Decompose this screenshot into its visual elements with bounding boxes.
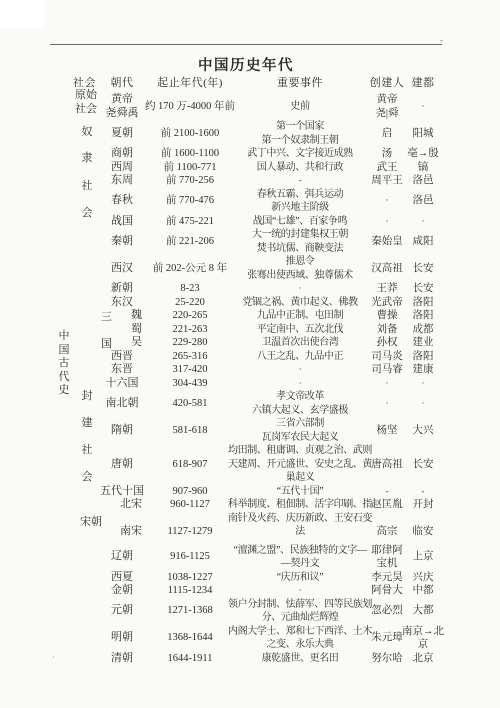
cell-line: 长安: [413, 282, 434, 296]
events-cell: 卫温首次出使台湾: [232, 336, 368, 350]
dynasty-line: 北宋: [120, 498, 142, 512]
society-label-line: 社会: [73, 103, 99, 117]
history-table: 社会 朝代 起止年代(年) 重要事件 创建人 建都 黄帝尧舜禹约 170 万-4…: [50, 76, 440, 665]
cell-line: 咸阳: [413, 235, 434, 249]
table-row: 南北朝420-581孝文帝改革六镇大起义、玄学盛极··: [50, 390, 440, 417]
cell-line: 武丁中兴、文字接近成熟: [247, 147, 353, 161]
dynasty-line: 蜀: [131, 323, 142, 337]
table-row: 西夏1038-1227“庆历和议”李元昊兴庆: [50, 571, 440, 585]
events-cell: 平定南中、五次北伐: [232, 323, 368, 337]
years-cell: 25-220: [148, 296, 232, 310]
cell-line: 亳→殷: [407, 147, 439, 161]
cell-line: ·: [422, 100, 425, 114]
capital-cell: 洛阳: [406, 350, 440, 364]
founder-cell: ·: [368, 377, 406, 391]
dynasty-cell: 黄帝尧舜禹: [96, 93, 148, 120]
events-cell: 第一个国家第一个奴隶制王朝: [232, 120, 368, 147]
capital-cell: 长安: [406, 458, 440, 472]
cell-line: 1271-1368: [167, 604, 213, 618]
cell-line: 镐: [418, 161, 429, 175]
years-cell: 前 221-206: [148, 235, 232, 249]
years-cell: 前 2100-1600: [148, 127, 232, 141]
feudal-society-label-char: 社: [80, 444, 94, 457]
cell-line: 洛邑: [413, 174, 434, 188]
cell-line: ·: [299, 282, 302, 296]
cell-line: 杨坚: [377, 424, 398, 438]
cell-line: 大都: [413, 604, 434, 618]
cell-line: 汉高祖: [371, 262, 403, 276]
scan-light-patch: [0, 0, 44, 28]
capital-cell: 兴庆: [406, 571, 440, 585]
dynasty-name: 新朝: [111, 282, 133, 296]
dynasty-line: 金朝: [111, 584, 133, 598]
years-cell: 前 1600-1100: [148, 147, 232, 161]
dynasty-name: 隋朝: [111, 424, 133, 438]
founder-cell: 司马炎: [368, 350, 406, 364]
capital-cell: 长安: [406, 282, 440, 296]
col-header-founder: 创建人: [370, 76, 405, 91]
dynasty-line: 魏: [131, 309, 142, 323]
table-row: 三魏220-265九品中正制、屯田制曹操洛阳: [50, 309, 440, 323]
founder-cell: 阿骨大: [368, 584, 406, 598]
founder-cell: 耶律阿宝机: [368, 544, 406, 571]
cell-line: 秦始皇: [371, 235, 403, 249]
capital-cell: 洛邑: [406, 174, 440, 188]
founder-cell: 司马睿: [368, 363, 406, 377]
dynasty-cell: 明朝: [96, 631, 148, 645]
cell-line: ·: [299, 377, 302, 391]
cell-line: —契丹文: [281, 557, 319, 571]
dynasty-line: 新朝: [111, 282, 133, 296]
cell-line: 科举制度、租佃制、活字印刷、指: [228, 498, 372, 512]
dynasty-name: 西汉: [111, 262, 133, 276]
table-row: 辽朝916-1125“澶渊之盟”、民族独特的文字——契丹文耶律阿宝机上京: [50, 544, 440, 571]
cell-line: 国人暴动、共和行政: [257, 161, 343, 175]
years-cell: 317-420: [148, 363, 232, 377]
cell-line: 25-220: [175, 296, 205, 310]
cell-line: 221-263: [173, 323, 208, 337]
capital-cell: 大都: [406, 604, 440, 618]
events-cell: 八王之乱、九品中正: [232, 350, 368, 364]
cell-line: 领户分封制、怯薛军、四等民族划: [228, 598, 372, 612]
founder-cell: 忽必烈: [368, 604, 406, 618]
top-rule: [50, 44, 442, 45]
dynasty-cell: 南北朝: [96, 397, 148, 411]
years-cell: 前 475-221: [148, 215, 232, 229]
table-row: 明朝1368-1644内阁大学士、郑和七下西洋、土木之变、永乐大典朱元璋南京→北…: [50, 625, 440, 652]
events-cell: 史前: [232, 100, 368, 114]
years-cell: 221-263: [148, 323, 232, 337]
years-cell: 8-23: [148, 282, 232, 296]
founder-cell: 武王: [368, 161, 406, 175]
dynasty-name: 金朝: [111, 584, 133, 598]
dynasty-line: 西晋: [111, 350, 133, 364]
capital-cell: 成都: [406, 323, 440, 337]
dynasty-cell: 东周: [96, 174, 148, 188]
scan-artifact-mark: -: [440, 35, 443, 45]
cell-line: 229-280: [173, 336, 208, 350]
events-cell: 康乾盛世、更名田: [232, 652, 368, 666]
cell-line: 黄帝: [377, 93, 398, 107]
cell-line: 上京: [413, 550, 434, 564]
cell-line: “庆历和议”: [277, 571, 323, 585]
dynasty-cell: 新朝: [96, 282, 148, 296]
cell-line: 战国“七雄”、百家争鸣: [253, 215, 347, 229]
dynasty-line: 吴: [131, 336, 142, 350]
dynasty-cell: 商朝: [96, 147, 148, 161]
table-row: 十六国304-439···: [50, 377, 440, 391]
cell-line: 前 1600-1100: [161, 147, 219, 161]
dynasty-name: 商朝: [111, 147, 133, 161]
cell-line: ·: [422, 215, 425, 229]
founder-cell: 杨坚: [368, 424, 406, 438]
cell-line: 巢起义: [286, 471, 315, 485]
capital-cell: ·: [406, 377, 440, 391]
capital-cell: ·: [406, 100, 440, 114]
cell-line: ·: [299, 363, 302, 377]
table-rows: 黄帝尧舜禹约 170 万-4000 年前史前黄帝尧|舜·夏朝前 2100-160…: [50, 93, 440, 665]
dynasty-name: 辽朝: [111, 550, 133, 564]
founder-cell: 黄帝尧|舜: [368, 93, 406, 120]
founder-cell: -: [368, 485, 406, 499]
cell-line: 长安: [413, 458, 434, 472]
founder-cell: 朱元璋: [368, 631, 406, 645]
col-header-years: 起止年代(年): [157, 76, 223, 91]
cell-line: 分、元曲灿烂辉煌: [262, 611, 339, 625]
society-label-line: 原始: [73, 89, 99, 103]
dynasty-cell: 金朝: [96, 584, 148, 598]
founder-cell: 秦始皇: [368, 235, 406, 249]
capital-cell: 洛阳: [406, 309, 440, 323]
dynasty-cell: 宋朝北宋南宋: [96, 498, 148, 539]
cell-line: 康乾盛世、更名田: [262, 652, 339, 666]
cell-line: 兴庆: [413, 571, 434, 585]
founder-cell: 王莽: [368, 282, 406, 296]
dynasty-cell: 西周: [96, 161, 148, 175]
cell-line: ·: [386, 377, 389, 391]
dynasty-line: 战国: [111, 215, 133, 229]
cell-line: “澶渊之盟”、民族独特的文字—: [234, 544, 367, 558]
dynasty-cell: 春秋: [96, 194, 148, 208]
events-cell: 国人暴动、共和行政: [232, 161, 368, 175]
dynasty-line: 东汉: [111, 296, 133, 310]
cell-line: 1368-1644: [167, 631, 213, 645]
cell-line: 法: [295, 525, 305, 539]
dynasty-name: 蜀: [131, 323, 142, 337]
dynasty-name: 吴: [131, 336, 142, 350]
founder-cell: 唐高祖: [368, 458, 406, 472]
founder-cell: 周平王: [368, 174, 406, 188]
dynasty-cell: 隋朝: [96, 424, 148, 438]
dynasty-cell: 辽朝: [96, 550, 148, 564]
cell-line: ·: [422, 397, 425, 411]
dynasty-cell: 三魏: [96, 309, 148, 323]
cell-line: 南京→北: [402, 625, 444, 639]
cell-line: 洛阳: [413, 350, 434, 364]
cell-line: 八王之乱、九品中正: [257, 350, 343, 364]
dynasty-line: 十六国: [106, 377, 139, 391]
cell-line: 1038-1227: [167, 571, 213, 585]
table-row: 西周前 1100-771国人暴动、共和行政武王镐: [50, 161, 440, 175]
founder-cell: 赵匡胤高宗: [368, 498, 406, 539]
cell-line: 916-1125: [170, 550, 210, 564]
dynasty-name: 清朝: [111, 652, 133, 666]
dynasty-line: 明朝: [111, 631, 133, 645]
cell-line: 前 475-221: [166, 215, 214, 229]
dynasty-name: 西周: [111, 161, 133, 175]
cell-line: 开封: [413, 498, 434, 512]
table-row: 国吴229-280卫温首次出使台湾孙权建业: [50, 336, 440, 350]
events-cell: 均田制、租庸调、贞观之治、武则天建周、开元盛世、安史之乱、黄巢起义: [232, 444, 368, 485]
capital-cell: 上京: [406, 550, 440, 564]
col-header-events: 重要事件: [277, 76, 323, 91]
cell-line: 前 221-206: [166, 235, 214, 249]
cell-line: 孝文帝改革: [276, 390, 324, 404]
cell-line: 220-265: [173, 309, 208, 323]
events-cell: ·: [232, 584, 368, 598]
table-row: 东周前 770-256-周平王洛邑: [50, 174, 440, 188]
founder-cell: 曹操: [368, 309, 406, 323]
dynasty-line: 尧舜禹: [106, 107, 139, 121]
table-row: 夏朝前 2100-1600第一个国家第一个奴隶制王朝启阳城: [50, 120, 440, 147]
founder-cell: 启: [368, 127, 406, 141]
years-cell: 1368-1644: [148, 631, 232, 645]
cell-line: 第一个奴隶制王朝: [262, 134, 339, 148]
table-row: 东晋317-420·司马睿建康: [50, 363, 440, 377]
dynasty-name: 五代十国: [100, 485, 144, 499]
cell-line: 九品中正制、屯田制: [257, 309, 343, 323]
founder-cell: 刘备: [368, 323, 406, 337]
dynasty-name: 春秋: [111, 194, 133, 208]
dynasty-name: 夏朝: [111, 127, 133, 141]
dynasty-line: 西周: [111, 161, 133, 175]
years-cell: 907-960: [148, 485, 232, 499]
table-row: 西汉前 202-公元 8 年推恩令张骞出使西域、独尊儒术汉高祖长安: [50, 255, 440, 282]
founder-cell: ·: [368, 215, 406, 229]
dynasty-cell: 国吴: [96, 336, 148, 350]
cell-line: 瓦岗军农民大起义: [262, 431, 339, 445]
dynasty-line: 辽朝: [111, 550, 133, 564]
cell-line: 大兴: [413, 424, 434, 438]
dynasty-cell: 西晋: [96, 350, 148, 364]
era-label-char: 史: [57, 384, 71, 397]
dynasty-line: 南北朝: [106, 397, 139, 411]
cell-line: 前 770-476: [166, 194, 214, 208]
years-cell: 前 202-公元 8 年: [148, 262, 232, 276]
cell-line: 临安: [413, 525, 434, 539]
cell-line: 赵匡胤: [371, 498, 403, 512]
dynasty-cell: 西汉: [96, 262, 148, 276]
dynasty-group-label: 三: [101, 308, 112, 324]
cell-line: ·: [422, 377, 425, 391]
years-cell: 229-280: [148, 336, 232, 350]
feudal-society-label-char: 会: [80, 471, 94, 484]
dynasty-name: 战国: [111, 215, 133, 229]
dynasty-cell: 五代十国: [96, 485, 148, 499]
cell-line: 前 2100-1600: [161, 127, 220, 141]
cell-line: 前 202-公元 8 年: [153, 262, 227, 276]
cell-line: 张骞出使西域、独尊儒术: [247, 269, 353, 283]
years-cell: 916-1125: [148, 550, 232, 564]
cell-line: 第一个国家: [276, 120, 324, 134]
cell-line: 武王: [377, 161, 398, 175]
page-title: 中国历史年代: [50, 54, 442, 75]
dynasty-cell: 唐朝: [96, 458, 148, 472]
founder-cell: 汤: [368, 147, 406, 161]
feudal-society-label-char: 封: [80, 390, 94, 403]
era-label-char: 国: [57, 344, 71, 357]
cell-line: 420-581: [173, 397, 208, 411]
cell-line: 推恩令: [286, 255, 315, 269]
dynasty-line: 隋朝: [111, 424, 133, 438]
founder-cell: 李元昊: [368, 571, 406, 585]
dynasty-name: 西夏: [111, 571, 133, 585]
years-cell: 前 770-256: [148, 174, 232, 188]
cell-line: 新兴地主阶级: [271, 201, 329, 215]
years-cell: 265-316: [148, 350, 232, 364]
cell-line: 内阁大学士、郑和七下西洋、土木: [228, 625, 372, 639]
table-row: 春秋前 770-476春秋五霸、弭兵运动新兴地主阶级·洛邑: [50, 188, 440, 215]
cell-line: 洛阳: [413, 296, 434, 310]
dynasty-line: 清朝: [111, 652, 133, 666]
table-header: 社会 朝代 起止年代(年) 重要事件 创建人 建都: [50, 76, 440, 91]
dynasty-name: 东周: [111, 174, 133, 188]
dynasty-cell: 清朝: [96, 652, 148, 666]
cell-line: 尧|舜: [375, 107, 398, 121]
dynasty-line: 黄帝: [111, 93, 133, 107]
dynasty-line: 西夏: [111, 571, 133, 585]
dynasty-line: 秦朝: [111, 235, 133, 249]
dynasty-line: 东晋: [111, 363, 133, 377]
capital-cell: 咸阳: [406, 235, 440, 249]
dynasty-cell: 元朝: [96, 604, 148, 618]
cell-line: 司马炎: [371, 350, 403, 364]
cell-line: 平定南中、五次北伐: [257, 323, 343, 337]
dynasty-name: 元朝: [111, 604, 133, 618]
table-row: 商朝前 1600-1100武丁中兴、文字接近成熟汤亳→殷: [50, 147, 440, 161]
cell-line: 洛阳: [413, 309, 434, 323]
cell-line: 阳城: [413, 127, 434, 141]
dynasty-line: 唐朝: [111, 458, 133, 472]
feudal-society-label-char: 建: [80, 417, 94, 430]
capital-cell: 阳城: [406, 127, 440, 141]
dynasty-name: 黄帝尧舜禹: [106, 93, 139, 120]
cell-line: 均田制、租庸调、贞观之治、武则: [228, 444, 372, 458]
table-row: 西晋265-316八王之乱、九品中正司马炎洛阳: [50, 350, 440, 364]
cell-line: 三省六部制: [276, 417, 324, 431]
capital-cell: 大兴: [406, 424, 440, 438]
cell-line: ·: [386, 215, 389, 229]
col-header-dynasty: 朝代: [111, 76, 134, 91]
cell-line: 启: [382, 127, 393, 141]
capital-cell: 洛阳: [406, 296, 440, 310]
events-cell: “庆历和议”: [232, 571, 368, 585]
table-row: 金朝1115-1234·阿骨大中都: [50, 584, 440, 598]
capital-cell: 长安: [406, 262, 440, 276]
era-label-char: 中: [57, 330, 71, 343]
events-cell: 党锢之祸、黄巾起义、佛教: [232, 296, 368, 310]
slave-society-label-char: 社: [80, 180, 94, 193]
dynasty-name: 魏: [131, 309, 142, 323]
document-page: - · 中国历史年代 社会 朝代 起止年代(年) 重要事件 创建人 建都 黄帝尧…: [0, 0, 500, 708]
capital-cell: 镐: [406, 161, 440, 175]
years-cell: 220-265: [148, 309, 232, 323]
years-cell: 前 1100-771: [148, 161, 232, 175]
dynasty-cell: 夏朝: [96, 127, 148, 141]
cell-line: 大一统的封建集权王朝: [252, 228, 348, 242]
dynasty-name: 十六国: [106, 377, 139, 391]
dynasty-group-label: 国: [101, 335, 112, 351]
dynasty-name: 唐朝: [111, 458, 133, 472]
dynasty-line: 西汉: [111, 262, 133, 276]
events-cell: 春秋五霸、弭兵运动新兴地主阶级: [232, 188, 368, 215]
capital-cell: 亳→殷: [406, 147, 440, 161]
table-row: 宋朝北宋南宋960-11271127-1279科举制度、租佃制、活字印刷、指南针…: [50, 498, 440, 539]
events-cell: 战国“七雄”、百家争鸣: [232, 215, 368, 229]
table-row: 清朝1644-1911康乾盛世、更名田努尔哈北京: [50, 652, 440, 666]
table-row: 唐朝618-907均田制、租庸调、贞观之治、武则天建周、开元盛世、安史之乱、黄巢…: [50, 444, 440, 485]
cell-line: ·: [386, 397, 389, 411]
events-cell: “澶渊之盟”、民族独特的文字——契丹文: [232, 544, 368, 571]
capital-cell: 南京→北京: [406, 625, 440, 652]
dynasty-line: 商朝: [111, 147, 133, 161]
dynasty-line: 南宋: [120, 525, 142, 539]
cell-line: 刘备: [377, 323, 398, 337]
era-label-char: 古: [57, 357, 71, 370]
cell-line: 265-316: [173, 350, 208, 364]
dynasty-cell: 东晋: [96, 363, 148, 377]
dynasty-name: 秦朝: [111, 235, 133, 249]
dynasty-name: 明朝: [111, 631, 133, 645]
cell-line: 304-439: [173, 377, 208, 391]
capital-cell: ·: [406, 215, 440, 229]
cell-line: 北京: [413, 652, 434, 666]
events-cell: 大一统的封建集权王朝焚书坑儒、商鞅变法: [232, 228, 368, 255]
dynasty-cell: 战国: [96, 215, 148, 229]
cell-line: 朱元璋: [371, 631, 403, 645]
capital-cell: 中都: [406, 584, 440, 598]
dynasty-name: 北宋南宋: [120, 498, 142, 539]
cell-line: ·: [299, 584, 302, 598]
years-cell: 1115-1234: [148, 584, 232, 598]
cell-line: 高宗: [377, 525, 398, 539]
events-cell: 孝文帝改革六镇大起义、玄学盛极: [232, 390, 368, 417]
cell-line: 洛邑: [413, 194, 434, 208]
cell-line: 南针及火药、庆历新政、王安石变: [228, 512, 372, 526]
capital-cell: -: [406, 485, 440, 499]
cell-line: 李元昊: [371, 571, 403, 585]
events-cell: 武丁中兴、文字接近成熟: [232, 147, 368, 161]
cell-line: 焚书坑儒、商鞅变法: [257, 242, 343, 256]
cell-line: 阿骨大: [371, 584, 403, 598]
capital-cell: 洛邑: [406, 194, 440, 208]
cell-line: 党锢之祸、黄巾起义、佛教: [242, 296, 357, 310]
years-cell: 约 170 万-4000 年前: [148, 100, 232, 114]
dynasty-name: 南北朝: [106, 397, 139, 411]
events-cell: 内阁大学士、郑和七下西洋、土木之变、永乐大典: [232, 625, 368, 652]
cell-line: -: [422, 485, 425, 499]
years-cell: 581-618: [148, 424, 232, 438]
cell-line: 8-23: [180, 282, 199, 296]
cell-line: 周平王: [371, 174, 403, 188]
founder-cell: 汉高祖: [368, 262, 406, 276]
cell-line: 京: [418, 638, 429, 652]
cell-line: 建康: [413, 363, 434, 377]
events-cell: 领户分封制、怯薛军、四等民族划分、元曲灿烂辉煌: [232, 598, 368, 625]
founder-cell: ·: [368, 194, 406, 208]
dynasty-name: 东晋: [111, 363, 133, 377]
years-cell: 1644-1911: [148, 652, 232, 666]
